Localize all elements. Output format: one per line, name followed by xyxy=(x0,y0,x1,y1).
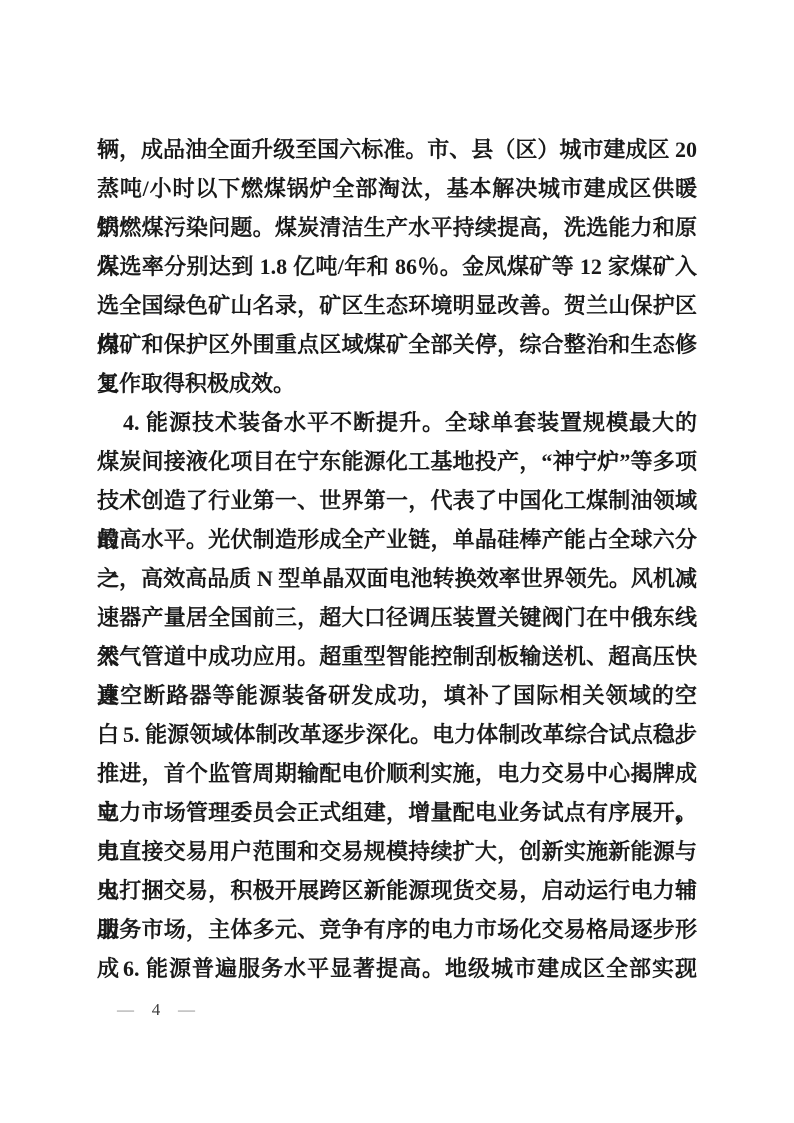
paragraph-continued: 辆，成品油全面升级至国六标准。市、县（区）城市建成区 20 蒸吨/小时以下燃煤锅… xyxy=(97,130,697,403)
text-line: 最高水平。光伏制造形成全产业链，单晶硅棒产能占全球六分之 xyxy=(97,520,697,559)
text-line: 选全国绿色矿山名录，矿区生态环境明显改善。贺兰山保护区内 xyxy=(97,286,697,325)
text-line: 蒸吨/小时以下燃煤锅炉全部淘汰，基本解决城市建成区供暖锅 xyxy=(97,169,697,208)
page-number: 4 xyxy=(152,997,161,1023)
text-line: 真空断路器等能源装备研发成功，填补了国际相关领域的空白。 xyxy=(97,676,697,715)
footer-dash-right: — xyxy=(178,997,195,1023)
document-page: 辆，成品油全面升级至国六标准。市、县（区）城市建成区 20 蒸吨/小时以下燃煤锅… xyxy=(0,0,794,1123)
text-line: 技术创造了行业第一、世界第一，代表了中国化工煤制油领域的 xyxy=(97,481,697,520)
text-line: 煤矿和保护区外围重点区域煤矿全部关停，综合整治和生态修复 xyxy=(97,325,697,364)
text-line: 炉燃煤污染问题。煤炭清洁生产水平持续提高，洗选能力和原煤 xyxy=(97,208,697,247)
text-line: 入选率分别达到 1.8 亿吨/年和 86％。金凤煤矿等 12 家煤矿入 xyxy=(97,247,697,286)
text-line: 辆，成品油全面升级至国六标准。市、县（区）城市建成区 20 xyxy=(97,130,697,169)
paragraph-item-5: 5. 能源领域体制改革逐步深化。电力体制改革综合试点稳步 推进，首个监管周期输配… xyxy=(97,715,697,949)
document-body: 辆，成品油全面升级至国六标准。市、县（区）城市建成区 20 蒸吨/小时以下燃煤锅… xyxy=(97,130,697,988)
paragraph-item-6: 6. 能源普遍服务水平显著提高。地级城市建成区全部实现 xyxy=(97,949,697,988)
text-line: 一，高效高品质 N 型单晶双面电池转换效率世界领先。风机减 xyxy=(97,559,697,598)
text-line: 煤炭间接液化项目在宁东能源化工基地投产，“神宁炉”等多项 xyxy=(97,442,697,481)
text-line: 力直接交易用户范围和交易规模持续扩大，创新实施新能源与火 xyxy=(97,832,697,871)
text-line: 6. 能源普遍服务水平显著提高。地级城市建成区全部实现 xyxy=(97,949,697,988)
page-footer: — 4 — xyxy=(117,997,195,1023)
paragraph-item-4: 4. 能源技术装备水平不断提升。全球单套装置规模最大的 煤炭间接液化项目在宁东能… xyxy=(97,403,697,715)
text-line: 4. 能源技术装备水平不断提升。全球单套装置规模最大的 xyxy=(97,403,697,442)
text-line: 电力市场管理委员会正式组建，增量配电业务试点有序展开。电 xyxy=(97,793,697,832)
text-line: 5. 能源领域体制改革逐步深化。电力体制改革综合试点稳步 xyxy=(97,715,697,754)
text-line: 推进，首个监管周期输配电价顺利实施，电力交易中心揭牌成立， xyxy=(97,754,697,793)
text-line: 服务市场，主体多元、竞争有序的电力市场化交易格局逐步形成。 xyxy=(97,910,697,949)
text-line: 工作取得积极成效。 xyxy=(97,364,697,403)
text-line: 然气管道中成功应用。超重型智能控制刮板输送机、超高压快速 xyxy=(97,637,697,676)
text-line: 电打捆交易，积极开展跨区新能源现货交易，启动运行电力辅助 xyxy=(97,871,697,910)
text-line: 速器产量居全国前三，超大口径调压装置关键阀门在中俄东线天 xyxy=(97,598,697,637)
footer-dash-left: — xyxy=(117,997,134,1023)
